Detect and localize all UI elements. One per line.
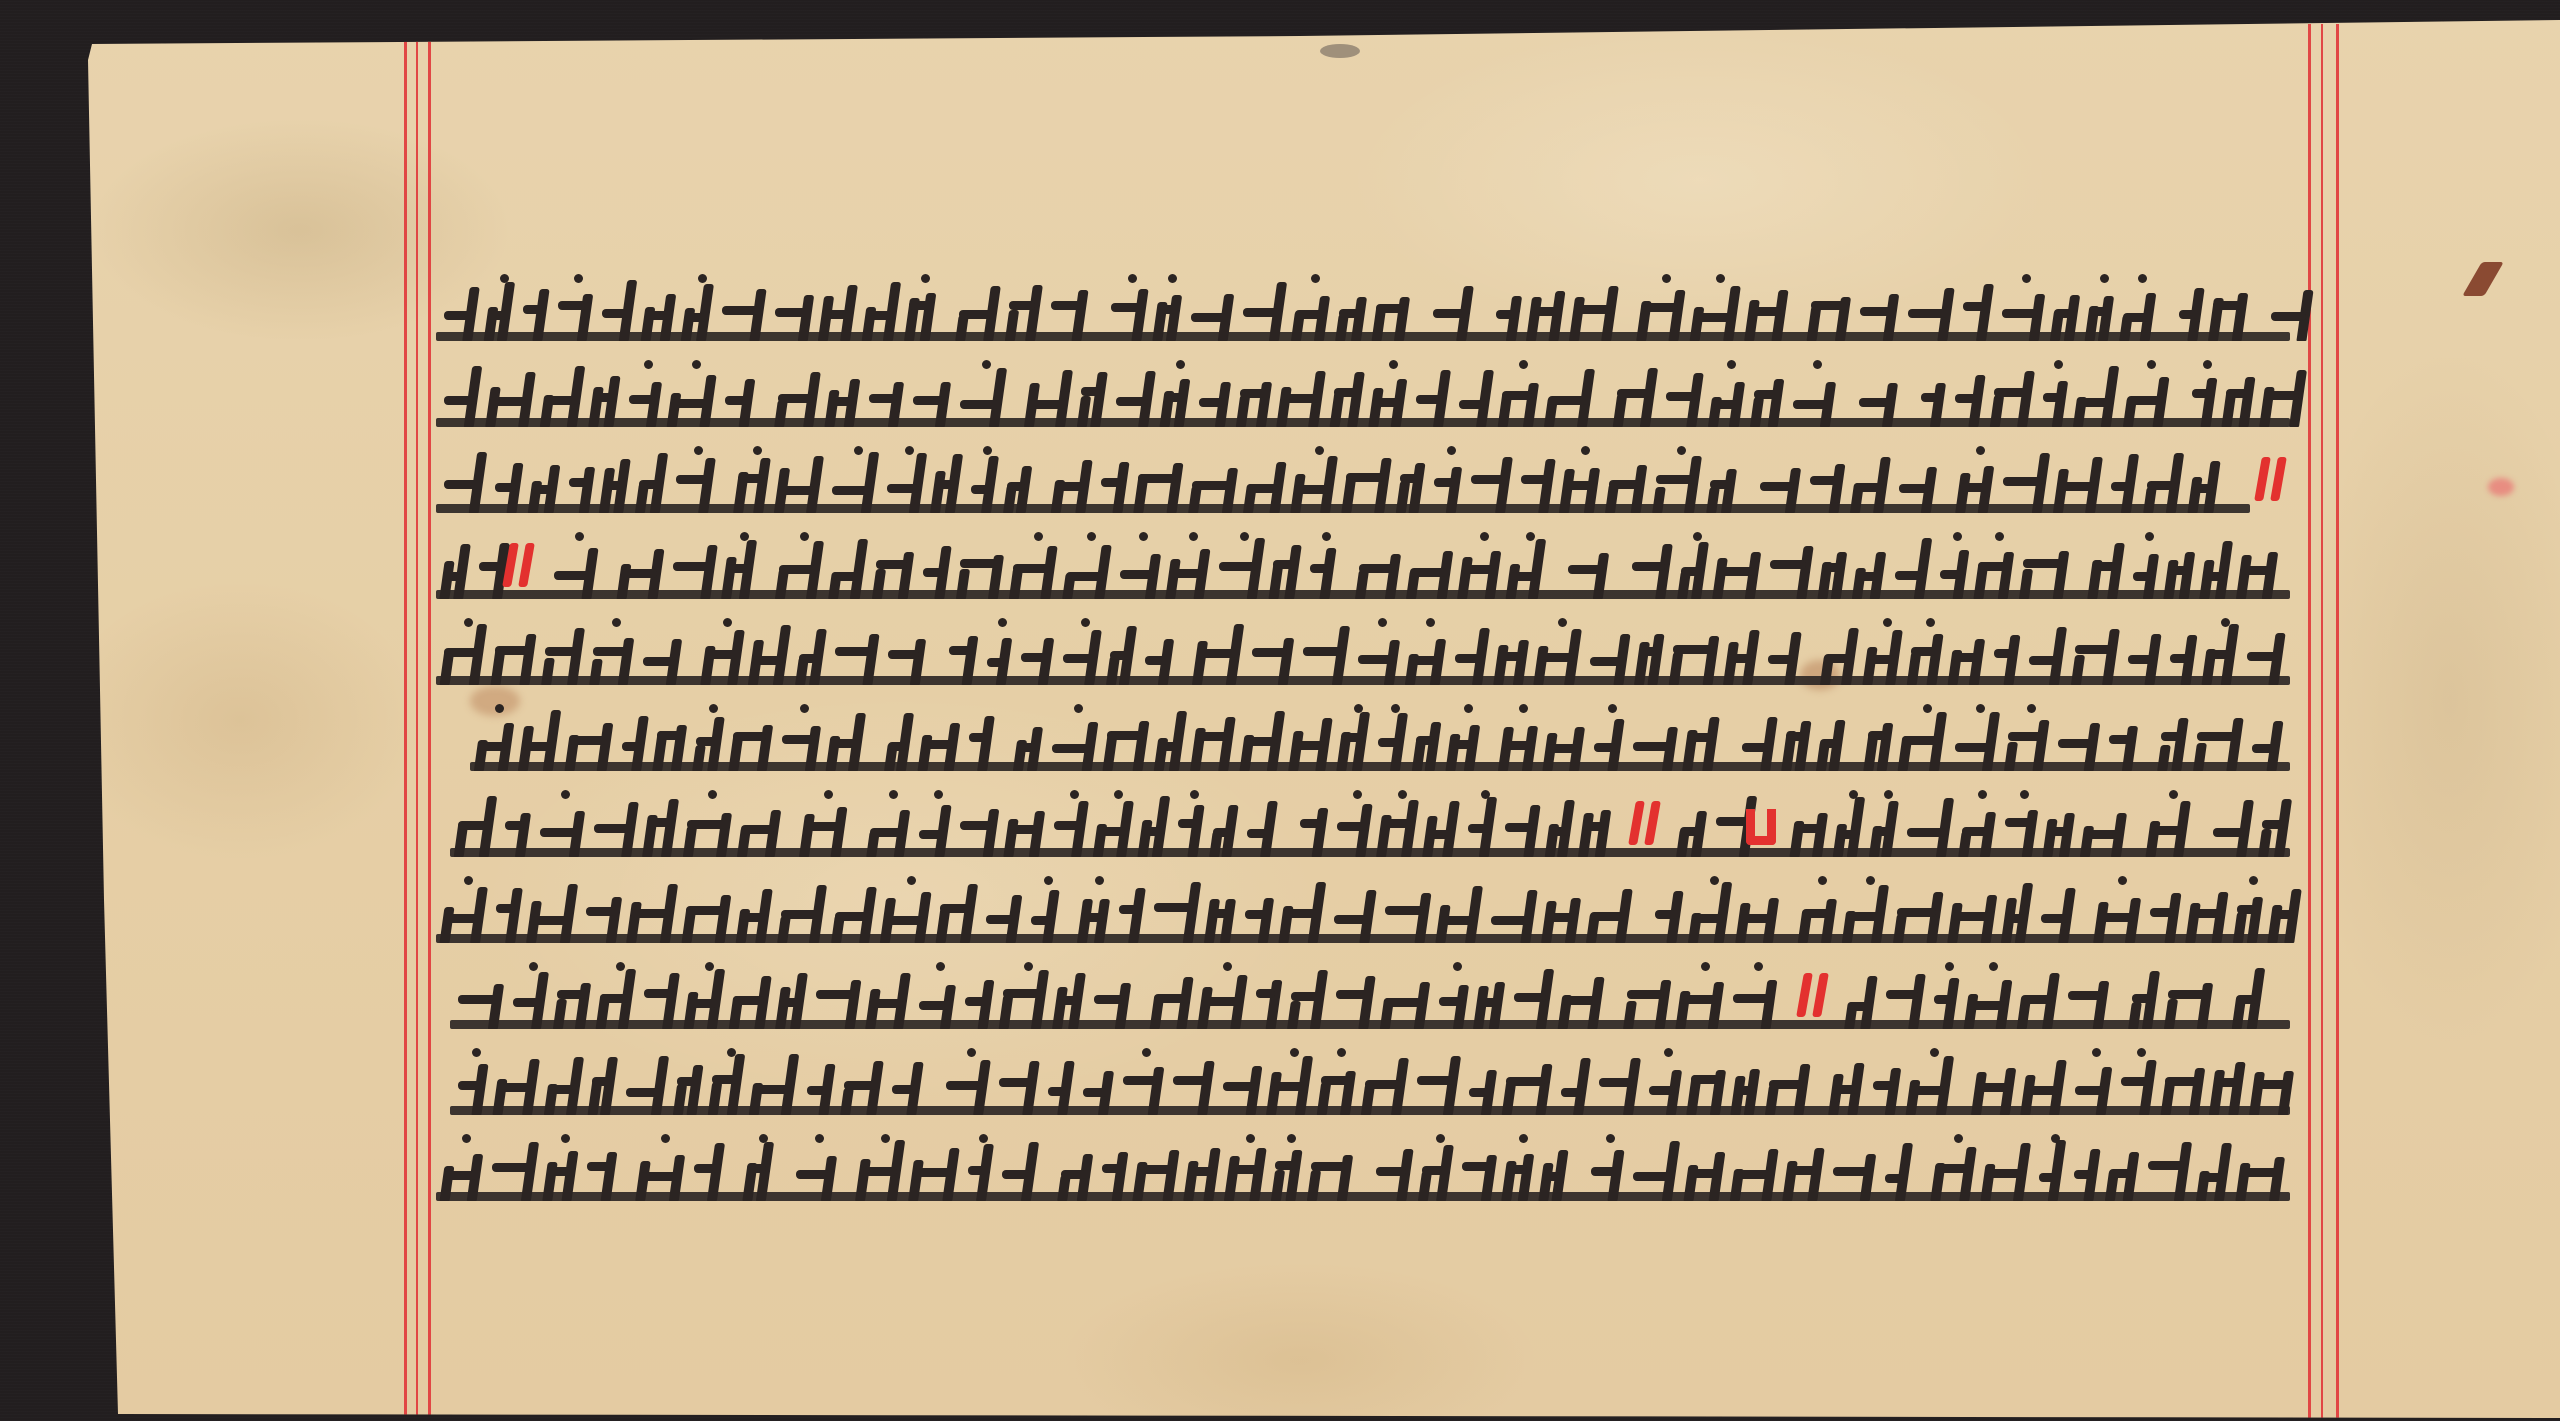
script-glyph	[440, 443, 487, 513]
script-glyph	[1079, 1045, 1115, 1115]
script-glyph	[1852, 529, 1887, 599]
script-glyph	[1766, 529, 1814, 599]
script-glyph	[1750, 357, 1785, 427]
script-glyph	[1730, 1131, 1779, 1201]
script-glyph	[961, 959, 995, 1029]
script-glyph	[1077, 357, 1108, 427]
script-glyph	[1267, 1045, 1313, 1115]
script-glyph	[2004, 701, 2050, 771]
script-glyph	[1807, 271, 1852, 341]
script-glyph	[1239, 271, 1287, 341]
script-glyph	[667, 357, 717, 427]
script-glyph	[582, 873, 623, 943]
script-glyph	[1517, 443, 1556, 513]
red-double-danda-mark	[1812, 973, 1829, 1017]
script-glyph	[583, 1131, 618, 1201]
script-glyph	[1053, 959, 1086, 1029]
script-glyph	[2250, 1045, 2295, 1115]
script-glyph	[501, 787, 532, 857]
script-glyph	[1829, 1045, 1865, 1115]
script-glyph	[598, 271, 637, 341]
script-glyph	[778, 701, 822, 771]
script-glyph	[955, 271, 1001, 341]
script-glyph	[1429, 271, 1474, 341]
script-glyph	[1652, 443, 1702, 513]
script-glyph	[1169, 1045, 1215, 1115]
script-glyph	[1051, 443, 1093, 513]
script-glyph	[862, 271, 901, 341]
manuscript-text-line	[436, 357, 2290, 427]
manuscript-text-block	[0, 0, 2560, 1421]
script-glyph	[565, 701, 614, 771]
script-glyph	[2071, 1045, 2113, 1115]
script-glyph	[1241, 873, 1275, 943]
script-glyph	[474, 701, 515, 771]
script-glyph	[1981, 1131, 2031, 1201]
script-glyph	[2175, 271, 2205, 341]
script-glyph	[1590, 701, 1625, 771]
script-glyph	[1406, 529, 1454, 599]
red-double-danda-mark	[2254, 457, 2271, 501]
script-glyph	[1539, 1131, 1569, 1201]
script-glyph	[1510, 959, 1554, 1029]
script-glyph	[1025, 357, 1073, 427]
script-glyph	[1756, 443, 1802, 513]
script-glyph	[527, 873, 578, 943]
script-glyph	[1269, 529, 1302, 599]
script-glyph	[543, 1131, 579, 1201]
script-glyph	[1435, 959, 1470, 1029]
red-double-danda-mark	[2270, 457, 2287, 501]
script-glyph	[792, 1131, 838, 1201]
red-double-danda-mark	[518, 543, 535, 587]
script-glyph	[1844, 959, 1878, 1029]
script-glyph	[1330, 873, 1377, 943]
script-glyph	[777, 873, 827, 943]
script-glyph	[708, 1045, 745, 1115]
script-glyph	[550, 529, 599, 599]
script-glyph	[1150, 873, 1201, 943]
script-glyph	[1243, 787, 1278, 857]
script-glyph	[440, 271, 480, 341]
script-glyph	[1850, 443, 1891, 513]
script-glyph	[1307, 1131, 1354, 1201]
script-glyph	[1412, 357, 1451, 427]
script-glyph	[1745, 271, 1789, 341]
script-glyph	[1917, 357, 1947, 427]
script-glyph	[1990, 357, 2035, 427]
script-glyph	[1708, 357, 1746, 427]
script-glyph	[1467, 443, 1513, 513]
script-glyph	[931, 443, 963, 513]
script-glyph	[1818, 529, 1848, 599]
script-glyph	[2025, 615, 2067, 685]
script-glyph	[440, 1131, 484, 1201]
script-glyph	[1474, 959, 1506, 1029]
script-glyph	[682, 873, 732, 943]
script-glyph	[653, 701, 688, 771]
script-glyph	[492, 873, 523, 943]
script-glyph	[1225, 1131, 1267, 1201]
script-glyph	[1829, 1131, 1877, 1201]
script-glyph	[540, 357, 585, 427]
script-glyph	[1027, 873, 1060, 943]
script-glyph	[743, 1131, 774, 1201]
script-glyph	[1806, 443, 1846, 513]
script-glyph	[1198, 959, 1248, 1029]
script-glyph	[909, 357, 952, 427]
script-glyph	[1205, 873, 1237, 943]
script-glyph	[1891, 529, 1932, 599]
script-glyph	[2146, 787, 2191, 857]
script-glyph	[544, 1045, 584, 1115]
script-glyph	[2105, 1131, 2140, 1201]
script-glyph	[1713, 529, 1762, 599]
script-glyph	[1458, 529, 1502, 599]
script-glyph	[1291, 443, 1338, 513]
script-glyph	[1856, 271, 1900, 341]
script-glyph	[1502, 1131, 1535, 1201]
script-glyph	[803, 1045, 836, 1115]
script-glyph	[684, 959, 725, 1029]
script-glyph	[718, 271, 767, 341]
script-glyph	[1544, 357, 1595, 427]
script-glyph	[1465, 1045, 1498, 1115]
script-glyph	[1150, 959, 1194, 1029]
script-glyph	[1195, 357, 1232, 427]
script-glyph	[721, 357, 756, 427]
script-glyph	[1436, 873, 1483, 943]
script-glyph	[1291, 271, 1331, 341]
script-glyph	[1586, 615, 1631, 685]
script-glyph	[1342, 443, 1392, 513]
script-glyph	[1731, 1045, 1761, 1115]
script-glyph	[2105, 701, 2139, 771]
script-glyph	[519, 701, 561, 771]
script-glyph	[1676, 787, 1708, 857]
script-glyph	[774, 357, 821, 427]
script-glyph	[1423, 787, 1460, 857]
script-glyph	[1501, 787, 1541, 857]
script-glyph	[640, 959, 680, 1029]
script-glyph	[1240, 701, 1285, 771]
script-glyph	[1964, 959, 2013, 1029]
script-glyph	[1333, 787, 1373, 857]
script-glyph	[1296, 787, 1329, 857]
script-glyph	[883, 443, 927, 513]
script-glyph	[681, 271, 714, 341]
script-glyph	[1215, 529, 1265, 599]
script-glyph	[1990, 615, 2021, 685]
script-glyph	[1907, 615, 1944, 685]
script-glyph	[872, 529, 915, 599]
script-glyph	[2268, 873, 2302, 943]
script-glyph	[590, 787, 639, 857]
script-glyph	[484, 271, 515, 341]
script-glyph	[856, 1131, 905, 1201]
script-glyph	[2196, 1131, 2232, 1201]
script-glyph	[554, 271, 594, 341]
script-glyph	[828, 443, 879, 513]
script-glyph	[1097, 443, 1130, 513]
script-glyph	[2054, 443, 2103, 513]
script-glyph	[1116, 529, 1162, 599]
script-glyph	[639, 615, 683, 685]
script-glyph	[1446, 701, 1481, 771]
script-glyph	[1628, 529, 1673, 599]
script-glyph	[1191, 701, 1236, 771]
script-glyph	[1209, 787, 1239, 857]
script-glyph	[1289, 701, 1333, 771]
script-glyph	[1048, 701, 1099, 771]
script-glyph	[2039, 357, 2069, 427]
script-glyph	[915, 787, 952, 857]
script-glyph	[1047, 271, 1089, 341]
script-glyph	[1098, 1131, 1129, 1201]
manuscript-text-line	[436, 443, 2250, 513]
script-glyph	[1595, 1045, 1641, 1115]
script-glyph	[2157, 701, 2189, 771]
script-glyph	[1317, 1045, 1357, 1115]
script-glyph	[1684, 1131, 1726, 1201]
script-glyph	[1564, 529, 1610, 599]
script-glyph	[1004, 787, 1046, 857]
script-glyph	[1103, 701, 1150, 771]
script-glyph	[1115, 873, 1146, 943]
script-glyph	[2085, 271, 2115, 341]
script-glyph	[1106, 615, 1137, 685]
script-glyph	[800, 787, 848, 857]
script-glyph	[1057, 1131, 1094, 1201]
script-glyph	[440, 873, 488, 943]
script-glyph	[736, 873, 773, 943]
script-glyph	[1936, 529, 1970, 599]
script-glyph	[1586, 873, 1633, 943]
script-glyph	[2037, 873, 2076, 943]
script-glyph	[1895, 443, 1938, 513]
script-glyph	[1160, 357, 1191, 427]
script-glyph	[1729, 959, 1778, 1029]
script-glyph	[1956, 443, 1995, 513]
manuscript-text-line	[436, 873, 2290, 943]
script-glyph	[2043, 787, 2076, 857]
script-glyph	[1354, 615, 1401, 685]
script-glyph	[964, 1131, 994, 1201]
script-glyph	[2188, 357, 2218, 427]
script-glyph	[1396, 443, 1426, 513]
script-glyph	[1736, 873, 1780, 943]
script-glyph	[2002, 873, 2033, 943]
script-glyph	[1492, 271, 1523, 341]
script-glyph	[825, 357, 861, 427]
script-glyph	[1765, 1045, 1811, 1115]
script-glyph	[1271, 1131, 1303, 1201]
script-glyph	[1374, 701, 1408, 771]
script-glyph	[1557, 1045, 1591, 1115]
script-glyph	[440, 529, 471, 599]
script-glyph	[509, 959, 549, 1029]
script-glyph	[1277, 357, 1326, 427]
script-glyph	[737, 787, 782, 857]
script-glyph	[998, 1131, 1039, 1201]
script-glyph	[1570, 271, 1619, 341]
script-glyph	[2129, 529, 2160, 599]
script-glyph	[2188, 443, 2221, 513]
script-glyph	[812, 959, 862, 1029]
script-glyph	[1903, 787, 1954, 857]
script-glyph	[982, 873, 1023, 943]
manuscript-text-line	[450, 959, 2290, 1029]
script-glyph	[1645, 1045, 1683, 1115]
script-glyph	[2021, 1045, 2067, 1115]
script-glyph	[1951, 357, 1986, 427]
script-glyph	[1972, 1045, 2017, 1115]
script-glyph	[1119, 1045, 1165, 1115]
script-glyph	[1724, 615, 1760, 685]
script-glyph	[2260, 357, 2307, 427]
script-glyph	[828, 529, 868, 599]
script-glyph	[1587, 1131, 1625, 1201]
script-glyph	[1134, 443, 1184, 513]
script-glyph	[729, 701, 774, 771]
script-glyph	[2119, 271, 2157, 341]
script-glyph	[1236, 357, 1273, 427]
script-glyph	[1138, 787, 1170, 857]
script-glyph	[1107, 271, 1149, 341]
script-glyph	[1381, 873, 1432, 943]
script-glyph	[956, 357, 1007, 427]
script-glyph	[636, 1131, 686, 1201]
script-glyph	[2237, 529, 2279, 599]
script-glyph	[641, 271, 677, 341]
script-glyph	[2186, 873, 2229, 943]
script-glyph	[625, 357, 663, 427]
script-glyph	[2210, 1045, 2246, 1115]
script-glyph	[775, 529, 824, 599]
script-glyph	[1613, 357, 1658, 427]
script-glyph	[999, 959, 1049, 1029]
script-glyph	[589, 357, 621, 427]
script-glyph	[1174, 787, 1205, 857]
script-glyph	[1782, 701, 1812, 771]
script-glyph	[729, 959, 772, 1029]
script-glyph	[1059, 615, 1102, 685]
script-glyph	[1687, 1045, 1727, 1115]
script-glyph	[491, 615, 537, 685]
script-glyph	[776, 959, 808, 1029]
script-glyph	[1690, 271, 1741, 341]
script-glyph	[1413, 1045, 1461, 1115]
script-glyph	[2233, 873, 2264, 943]
script-glyph	[519, 271, 550, 341]
script-glyph	[1141, 615, 1175, 685]
script-glyph	[1499, 701, 1539, 771]
script-glyph	[826, 701, 866, 771]
manuscript-text-line	[436, 1131, 2290, 1201]
script-glyph	[2164, 529, 2196, 599]
script-glyph	[1279, 873, 1326, 943]
script-glyph	[440, 615, 487, 685]
script-glyph	[1974, 529, 2015, 599]
script-glyph	[1335, 271, 1368, 341]
script-glyph	[1629, 1131, 1680, 1201]
script-glyph	[2017, 959, 2060, 1029]
script-glyph	[995, 1045, 1040, 1115]
script-glyph	[771, 271, 815, 341]
script-glyph	[1842, 873, 1889, 943]
script-glyph	[1153, 271, 1183, 341]
script-glyph	[1372, 1131, 1414, 1201]
script-glyph	[2267, 271, 2314, 341]
script-glyph	[635, 443, 668, 513]
script-glyph	[669, 529, 718, 599]
script-glyph	[1078, 873, 1111, 943]
manuscript-text-line	[450, 1045, 2290, 1115]
script-glyph	[1635, 615, 1665, 685]
script-glyph	[1560, 443, 1601, 513]
script-glyph	[488, 1131, 539, 1201]
script-glyph	[2088, 529, 2125, 599]
script-glyph	[2143, 443, 2184, 513]
script-glyph	[2161, 1045, 2206, 1115]
script-glyph	[1506, 529, 1546, 599]
script-glyph	[1380, 959, 1431, 1029]
script-glyph	[1855, 357, 1899, 427]
script-glyph	[617, 529, 665, 599]
manuscript-text-line	[470, 701, 2290, 771]
script-glyph	[1337, 701, 1370, 771]
script-glyph	[1820, 615, 1859, 685]
script-glyph	[1332, 959, 1376, 1029]
script-glyph	[1999, 443, 2050, 513]
script-glyph	[1651, 873, 1684, 943]
script-glyph	[454, 1045, 489, 1115]
script-glyph	[1193, 615, 1244, 685]
script-glyph	[1133, 1131, 1180, 1201]
script-glyph	[1669, 615, 1720, 685]
script-glyph	[884, 701, 914, 771]
script-glyph	[2258, 787, 2292, 857]
script-glyph	[866, 787, 911, 857]
script-glyph	[672, 443, 716, 513]
script-glyph	[2209, 271, 2249, 341]
script-glyph	[491, 443, 524, 513]
script-glyph	[553, 959, 592, 1029]
script-glyph	[1090, 959, 1132, 1029]
script-glyph	[1458, 1131, 1498, 1201]
script-glyph	[1287, 959, 1328, 1029]
script-glyph	[1881, 1131, 1913, 1201]
manuscript-text-line	[436, 529, 2290, 599]
script-glyph	[1543, 701, 1586, 771]
script-glyph	[888, 1045, 924, 1115]
script-glyph	[865, 357, 905, 427]
script-glyph	[528, 443, 561, 513]
script-glyph	[919, 529, 952, 599]
script-glyph	[1558, 959, 1605, 1029]
script-glyph	[1951, 701, 2000, 771]
script-glyph	[2200, 529, 2233, 599]
script-glyph	[1864, 701, 1894, 771]
script-glyph	[1306, 529, 1337, 599]
script-glyph	[1904, 271, 1955, 341]
script-glyph	[2070, 1131, 2101, 1201]
script-glyph	[749, 615, 791, 685]
script-glyph	[775, 443, 824, 513]
script-glyph	[2073, 357, 2119, 427]
script-glyph	[2080, 787, 2128, 857]
script-glyph	[1330, 357, 1365, 427]
